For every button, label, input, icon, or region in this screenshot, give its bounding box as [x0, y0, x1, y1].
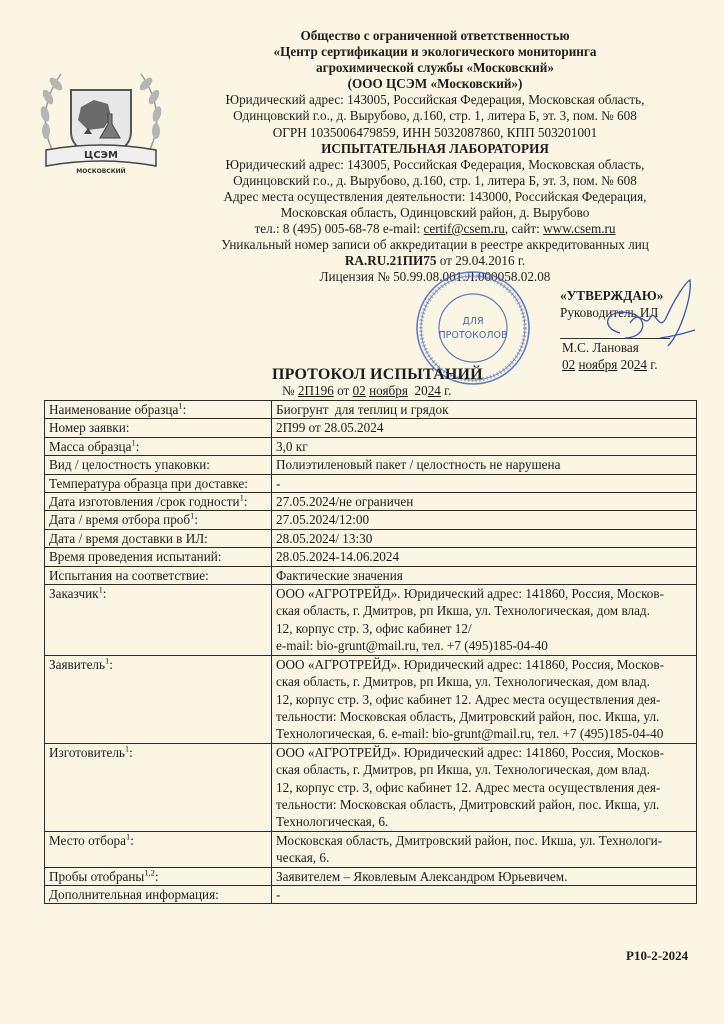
- protocol-number: 2П196: [298, 383, 334, 398]
- row-label: Заявитель1:: [45, 655, 272, 743]
- row-label: Изготовитель1:: [45, 743, 272, 831]
- protocol-month: ноября: [369, 383, 408, 398]
- table-row: Наименование образца1: Биогрунт для тепл…: [45, 401, 697, 419]
- site-link[interactable]: www.csem.ru: [543, 221, 615, 236]
- org-name-line-2: «Центр сертификации и экологического мон…: [180, 44, 690, 60]
- svg-text:ДЛЯ: ДЛЯ: [462, 316, 483, 327]
- table-row: Дата / время отбора проб1: 27.05.2024/12…: [45, 511, 697, 529]
- protocol-from: от: [334, 383, 353, 398]
- approval-month: ноября: [578, 357, 617, 372]
- row-value: 27.05.2024/не ограничен: [272, 493, 697, 511]
- row-label: Время проведения испытаний:: [45, 548, 272, 566]
- protocol-year-suffix: 24: [428, 383, 441, 398]
- phone-label: тел.: 8 (495) 005-68-78 e-mail:: [254, 221, 423, 236]
- org-address-2: Одинцовский г.о., д. Вырубово, д.160, ст…: [180, 108, 690, 124]
- row-label: Температура образца при доставке:: [45, 474, 272, 492]
- row-value: Московская область, Дмитровский район, п…: [272, 831, 697, 867]
- accreditation-number-line: RA.RU.21ПИ75 от 29.04.2016 г.: [180, 253, 690, 269]
- row-label: Наименование образца1:: [45, 401, 272, 419]
- approval-year-prefix: 20: [621, 357, 634, 372]
- row-value: Фактические значения: [272, 566, 697, 584]
- approver-name: М.С. Лановая: [560, 339, 700, 356]
- table-row-manufacturer: Изготовитель1: ООО «АГРОТРЕЙД». Юридичес…: [45, 743, 697, 831]
- document-code: P10-2-2024: [626, 948, 688, 964]
- row-label: Вид / целостность упаковки:: [45, 456, 272, 474]
- svg-text:ЦСЭМ: ЦСЭМ: [84, 150, 118, 161]
- protocol-day: 02: [353, 383, 366, 398]
- row-label: Пробы отобраны1,2:: [45, 867, 272, 885]
- table-row: Номер заявки: 2П99 от 28.05.2024: [45, 419, 697, 437]
- row-value: Заявителем – Яковлевым Александром Юрьев…: [272, 867, 697, 885]
- accreditation-line: Уникальный номер записи об аккредитации …: [180, 237, 690, 253]
- org-name-line-3: агрохимической службы «Московский»: [180, 60, 690, 76]
- row-value: Биогрунт для теплиц и грядок: [272, 401, 697, 419]
- table-row: Время проведения испытаний: 28.05.2024-1…: [45, 548, 697, 566]
- row-value: 28.05.2024-14.06.2024: [272, 548, 697, 566]
- activity-address-1: Адрес места осуществления деятельности: …: [180, 189, 690, 205]
- approver-position: Руководитель ИЛ: [560, 304, 700, 321]
- protocol-title: ПРОТОКОЛ ИСПЫТАНИЙ: [272, 366, 483, 384]
- lab-address-2: Одинцовский г.о., д. Вырубово, д.160, ст…: [180, 173, 690, 189]
- row-value: ООО «АГРОТРЕЙД». Юридический адрес: 1418…: [272, 655, 697, 743]
- row-label: Испытания на соответствие:: [45, 566, 272, 584]
- table-row-applicant: Заявитель1: ООО «АГРОТРЕЙД». Юридический…: [45, 655, 697, 743]
- table-row: Пробы отобраны1,2: Заявителем – Яковлевы…: [45, 867, 697, 885]
- approval-year-suffix: 24: [634, 357, 647, 372]
- row-value: -: [272, 474, 697, 492]
- row-value: 27.05.2024/12:00: [272, 511, 697, 529]
- table-row: Дата / время доставки в ИЛ: 28.05.2024/ …: [45, 529, 697, 547]
- row-value: 2П99 от 28.05.2024: [272, 419, 697, 437]
- document-header: Общество с ограниченной ответственностью…: [180, 28, 690, 286]
- row-label: Масса образца1:: [45, 437, 272, 455]
- lab-address-1: Юридический адрес: 143005, Российская Фе…: [180, 157, 690, 173]
- table-row: Температура образца при доставке: -: [45, 474, 697, 492]
- approval-date-suffix: г.: [647, 357, 658, 372]
- svg-text:ПРОТОКОЛОВ: ПРОТОКОЛОВ: [439, 330, 508, 341]
- approval-date: 02 ноября 2024 г.: [560, 356, 700, 373]
- company-logo: ЦСЭМ МОСКОВСКИЙ: [26, 62, 176, 177]
- wheat-shield-emblem-icon: ЦСЭМ МОСКОВСКИЙ: [26, 62, 176, 177]
- protocol-date-suffix: г.: [441, 383, 452, 398]
- row-label: Дата изготовления /срок годности1:: [45, 493, 272, 511]
- org-name-line-1: Общество с ограниченной ответственностью: [180, 28, 690, 44]
- activity-address-2: Московская область, Одинцовский район, д…: [180, 205, 690, 221]
- row-value: Полиэтиленовый пакет / целостность не на…: [272, 456, 697, 474]
- approval-day: 02: [562, 357, 575, 372]
- table-row: Вид / целостность упаковки: Полиэтиленов…: [45, 456, 697, 474]
- sample-info-table: Наименование образца1: Биогрунт для тепл…: [44, 400, 697, 904]
- approval-title: «УТВЕРЖДАЮ»: [560, 287, 700, 304]
- row-value: 3,0 кг: [272, 437, 697, 455]
- contact-line: тел.: 8 (495) 005-68-78 e-mail: certif@c…: [180, 221, 690, 237]
- row-value: ООО «АГРОТРЕЙД». Юридический адрес: 1418…: [272, 743, 697, 831]
- accreditation-date: от 29.04.2016 г.: [436, 253, 525, 268]
- row-value: ООО «АГРОТРЕЙД». Юридический адрес: 1418…: [272, 585, 697, 656]
- org-ids: ОГРН 1035006479859, ИНН 5032087860, КПП …: [180, 125, 690, 141]
- table-row: Дата изготовления /срок годности1: 27.05…: [45, 493, 697, 511]
- table-row: Масса образца1: 3,0 кг: [45, 437, 697, 455]
- signature-line: [560, 321, 670, 339]
- table-row: Дополнительная информация: -: [45, 885, 697, 903]
- table-row-sampling-place: Место отбора1: Московская область, Дмитр…: [45, 831, 697, 867]
- row-label: Дополнительная информация:: [45, 885, 272, 903]
- row-label: Место отбора1:: [45, 831, 272, 867]
- table-row-customer: Заказчик1: ООО «АГРОТРЕЙД». Юридический …: [45, 585, 697, 656]
- approval-block: «УТВЕРЖДАЮ» Руководитель ИЛ М.С. Лановая…: [560, 287, 700, 373]
- org-address-1: Юридический адрес: 143005, Российская Фе…: [180, 92, 690, 108]
- row-label: Номер заявки:: [45, 419, 272, 437]
- row-value: 28.05.2024/ 13:30: [272, 529, 697, 547]
- protocol-number-prefix: №: [282, 383, 298, 398]
- row-label: Дата / время доставки в ИЛ:: [45, 529, 272, 547]
- org-name-line-4: (ООО ЦСЭМ «Московский»): [180, 76, 690, 92]
- accreditation-number: RA.RU.21ПИ75: [345, 253, 437, 268]
- lab-title: ИСПЫТАТЕЛЬНАЯ ЛАБОРАТОРИЯ: [180, 141, 690, 157]
- email-link[interactable]: certif@csem.ru: [424, 221, 505, 236]
- row-label: Заказчик1:: [45, 585, 272, 656]
- table-row: Испытания на соответствие: Фактические з…: [45, 566, 697, 584]
- protocol-year-prefix: 20: [408, 383, 428, 398]
- svg-text:МОСКОВСКИЙ: МОСКОВСКИЙ: [76, 167, 125, 175]
- row-label: Дата / время отбора проб1:: [45, 511, 272, 529]
- protocol-number-line: № 2П196 от 02 ноября 2024 г.: [282, 383, 451, 399]
- row-value: -: [272, 885, 697, 903]
- site-label: , сайт:: [505, 221, 543, 236]
